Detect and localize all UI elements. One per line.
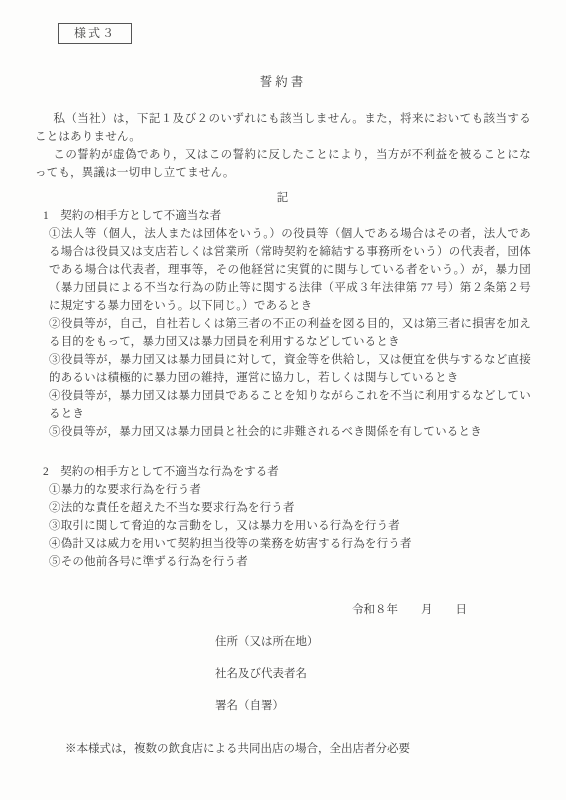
section-unsuitable-acts: 2 契約の相手方として不適当な行為をする者 ①暴力的な要求行為を行う者 ②法的な…	[35, 463, 531, 571]
section-1-heading: 1 契約の相手方として不適当な者	[43, 207, 531, 225]
section-2-clause-5: ⑤その他前各号に準ずる行為を行う者	[49, 553, 531, 571]
section-1-clause-5: ⑤役員等が，暴力団又は暴力団員と社会的に非難されるべき関係を有しているとき	[49, 423, 531, 441]
footer-note: ※本様式は，複数の飲食店による共同出店の場合，全出店者分必要	[65, 740, 531, 758]
section-2-clause-1: ①暴力的な要求行為を行う者	[49, 481, 531, 499]
company-representative-label: 社名及び代表者名	[215, 665, 531, 683]
section-2-clause-2: ②法的な責任を超えた不当な要求行為を行う者	[49, 499, 531, 517]
section-1-clause-1: ①法人等（個人，法人または団体をいう。）の役員等（個人である場合はその者，法人で…	[49, 225, 531, 315]
form-number-label: 様式３	[74, 26, 116, 40]
section-1-clause-2: ②役員等が，自己，自社若しくは第三者の不正の利益を図る目的，又は第三者に損害を加…	[49, 315, 531, 351]
signature-label: 署名（自署）	[215, 697, 531, 715]
section-2-clause-4: ④偽計又は威力を用いて契約担当役等の業務を妨害する行為を行う者	[49, 535, 531, 553]
section-unsuitable-parties: 1 契約の相手方として不適当な者 ①法人等（個人，法人または団体をいう。）の役員…	[35, 207, 531, 441]
intro-section: 私（当社）は，下記１及び２のいずれにも該当しません。また，将来においても該当する…	[35, 110, 531, 182]
address-label: 住所（又は所在地）	[215, 633, 531, 651]
section-2-heading: 2 契約の相手方として不適当な行為をする者	[43, 463, 531, 481]
pledge-document-page: 様式３ 誓約書 私（当社）は，下記１及び２のいずれにも該当しません。また，将来に…	[0, 0, 566, 800]
date-line: 令和８年 月 日	[35, 601, 531, 619]
intro-paragraph-2: この誓約が虚偽であり，又はこの誓約に反したことにより，当方が不利益を被ることにな…	[35, 146, 531, 182]
signature-block: 住所（又は所在地） 社名及び代表者名 署名（自署）	[215, 633, 531, 715]
form-number-box: 様式３	[58, 23, 132, 44]
section-1-clause-4: ④役員等が，暴力団又は暴力団員であることを知りながらこれを不当に利用するなどして…	[49, 387, 531, 423]
section-2-clause-3: ③取引に関して脅迫的な言動をし，又は暴力を用いる行為を行う者	[49, 517, 531, 535]
ki-heading: 記	[35, 189, 531, 207]
intro-paragraph-1: 私（当社）は，下記１及び２のいずれにも該当しません。また，将来においても該当する…	[35, 110, 531, 146]
document-title: 誓約書	[35, 73, 531, 91]
section-1-clause-3: ③役員等が，暴力団又は暴力団員に対して，資金等を供給し，又は便宜を供与するなど直…	[49, 351, 531, 387]
